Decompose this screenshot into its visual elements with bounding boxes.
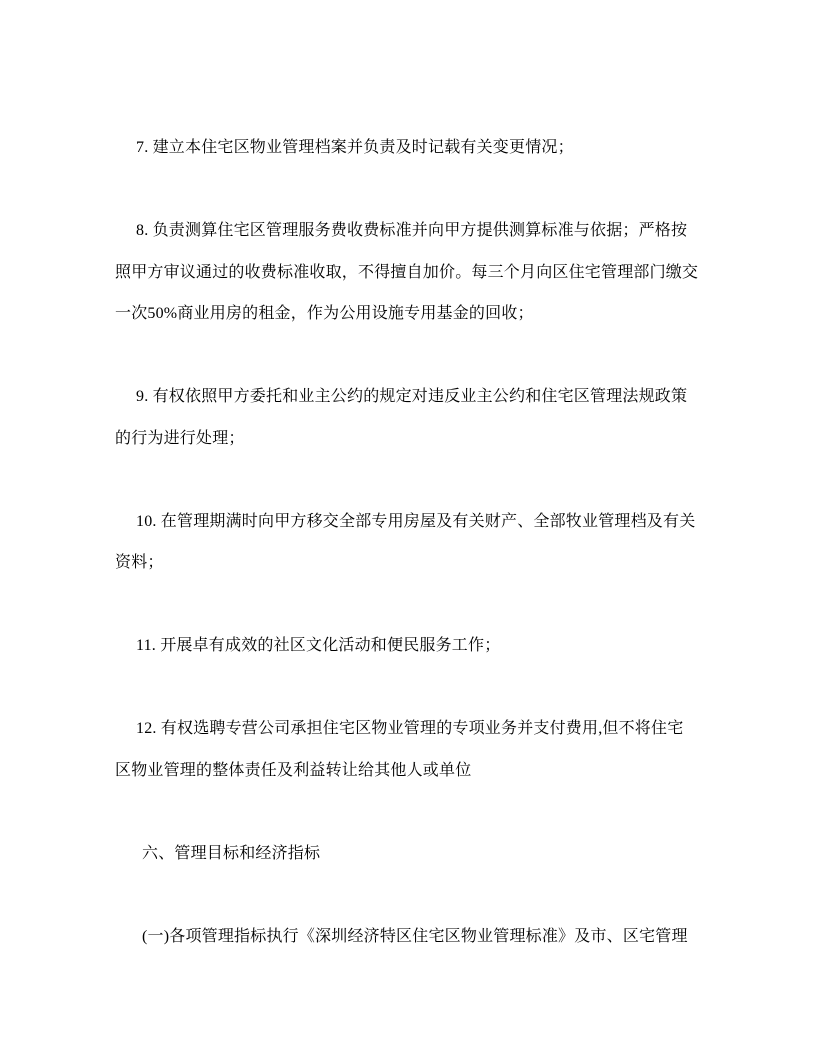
document-page: 7. 建立本住宅区物业管理档案并负责及时记载有关变更情况； 8. 负责测算住宅区…: [0, 0, 816, 1056]
contract-clause-6-1: (一)各项管理指标执行《深圳经济特区住宅区物业管理标准》及市、区宅管理: [115, 916, 705, 958]
section-heading-6: 六、管理目标和经济指标: [115, 833, 705, 875]
contract-clause-11: 11. 开展卓有成效的社区文化活动和便民服务工作；: [115, 625, 705, 667]
contract-clause-7: 7. 建立本住宅区物业管理档案并负责及时记载有关变更情况；: [115, 127, 705, 169]
contract-clause-8: 8. 负责测算住宅区管理服务费收费标准并向甲方提供测算标准与依据；严格按 照甲方…: [115, 210, 705, 335]
contract-clause-9: 9. 有权依照甲方委托和业主公约的规定对违反业主公约和住宅区管理法规政策 的行为…: [115, 376, 705, 459]
contract-clause-12: 12. 有权选聘专营公司承担住宅区物业管理的专项业务并支付费用,但不将住宅 区物…: [115, 708, 705, 791]
contract-clause-10: 10. 在管理期满时向甲方移交全部专用房屋及有关财产、全部牧业管理档及有关 资料…: [115, 501, 705, 584]
